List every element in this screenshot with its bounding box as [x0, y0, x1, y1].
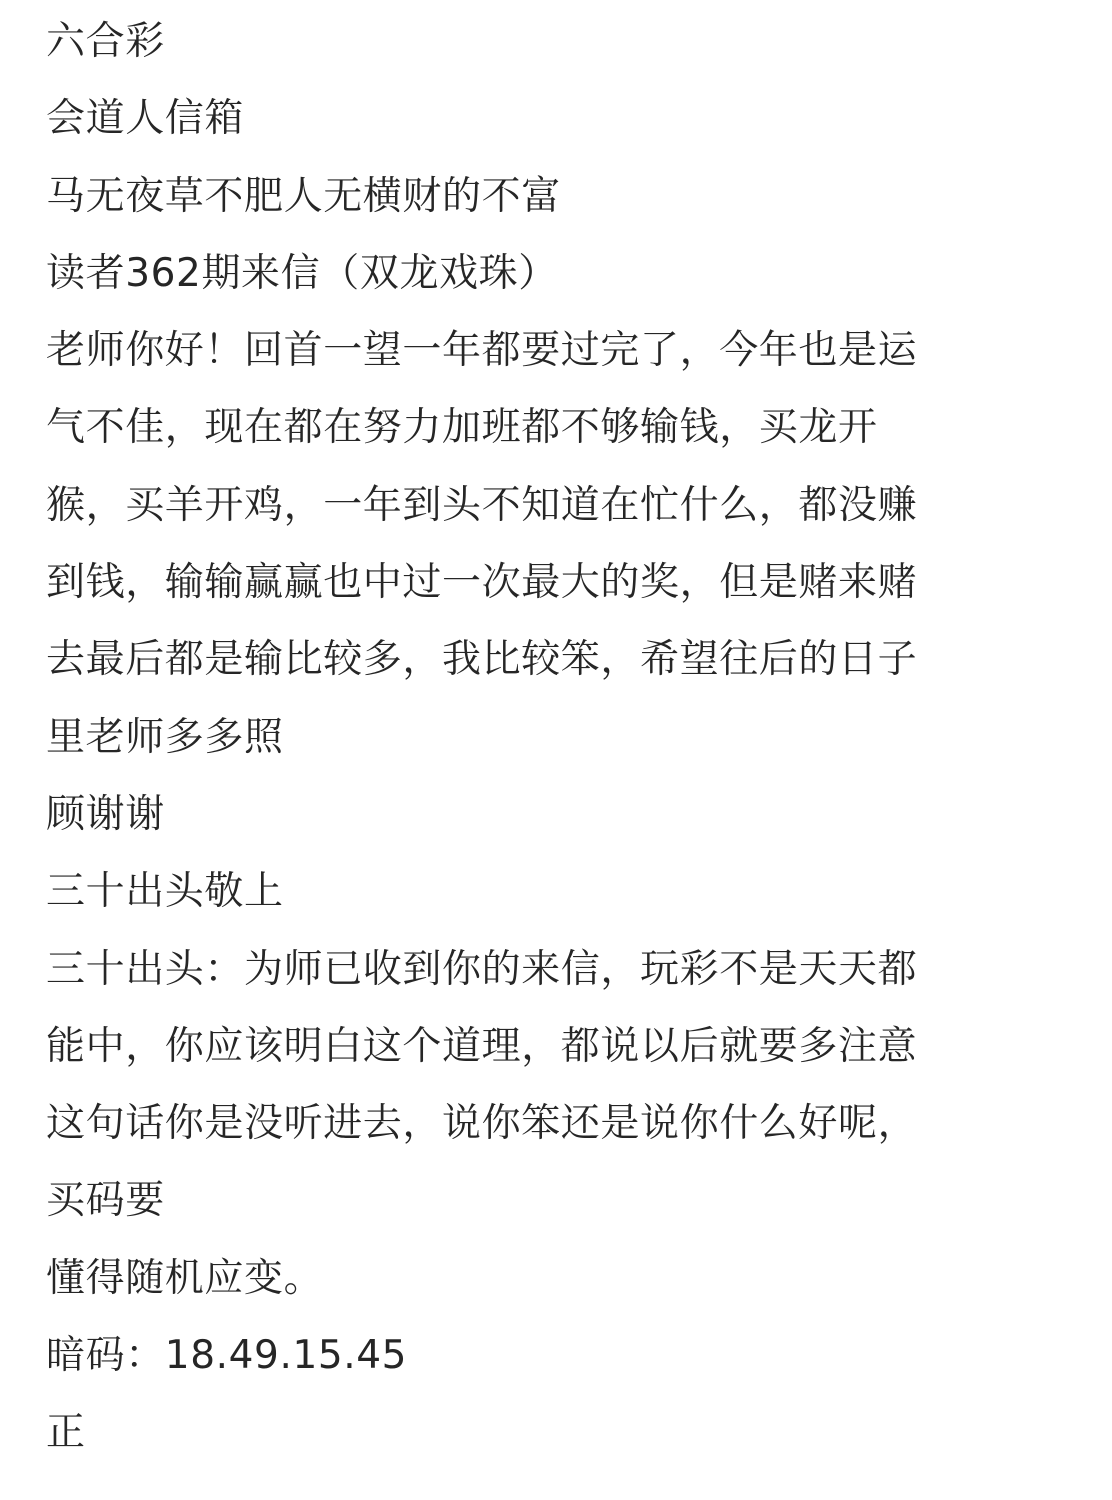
doc-motto: 马无夜草不肥人无横财的不富	[46, 158, 1076, 235]
letter-body-line: 到钱，输输赢赢也中过一次最大的奖，但是赌来赌	[46, 544, 1076, 621]
reply-body-line: 懂得随机应变。	[46, 1240, 1076, 1317]
letter-body-line: 老师你好！回首一望一年都要过完了，今年也是运	[46, 312, 1076, 389]
closing-line: 正	[46, 1394, 1076, 1471]
letter-body-line: 去最后都是输比较多，我比较笨，希望往后的日子	[46, 621, 1076, 698]
letter-body-line: 猴，买羊开鸡，一年到头不知道在忙什么，都没赚	[46, 467, 1076, 544]
secret-code: 暗码：18.49.15.45	[46, 1317, 1076, 1394]
doc-title: 六合彩	[46, 3, 1076, 80]
reply-body-line: 三十出头：为师已收到你的来信，玩彩不是天天都	[46, 931, 1076, 1008]
letter-signature: 三十出头敬上	[46, 853, 1076, 930]
document-body: 六合彩 会道人信箱 马无夜草不肥人无横财的不富 读者362期来信（双龙戏珠） 老…	[46, 3, 1076, 1472]
letter-body-line: 顾谢谢	[46, 776, 1076, 853]
letter-body-line: 里老师多多照	[46, 699, 1076, 776]
reply-body-line: 能中，你应该明白这个道理，都说以后就要多注意	[46, 1008, 1076, 1085]
letter-body-line: 气不佳，现在都在努力加班都不够输钱，买龙开	[46, 389, 1076, 466]
doc-section-heading: 会道人信箱	[46, 80, 1076, 157]
letter-heading: 读者362期来信（双龙戏珠）	[46, 235, 1076, 312]
reply-body-line: 这句话你是没听进去，说你笨还是说你什么好呢，	[46, 1085, 1076, 1162]
reply-body-line: 买码要	[46, 1162, 1076, 1239]
